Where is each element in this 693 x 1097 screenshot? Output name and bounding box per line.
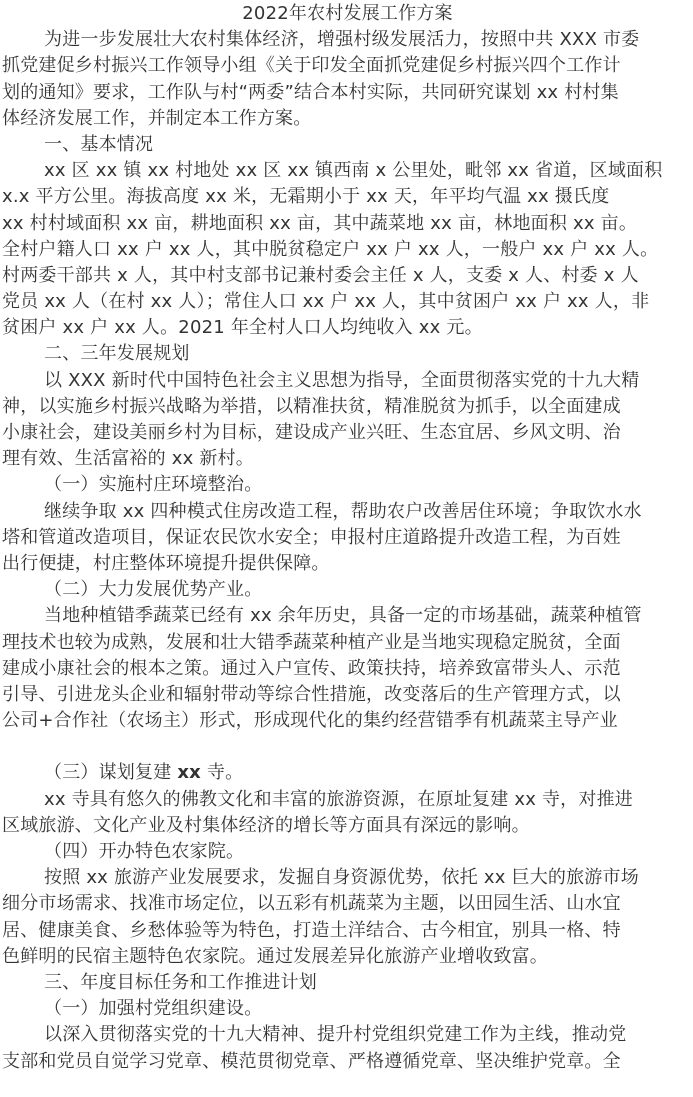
- section-heading-annual-goals: 三、年度目标任务和工作推进计划: [2, 970, 693, 996]
- paragraph-line: 居、健康美食、乡愁体验等为特色，打造土洋结合、古今相宜，别具一格、特: [2, 918, 693, 944]
- paragraph-line: xx 区 xx 镇 xx 村地处 xx 区 xx 镇西南 x 公里处，毗邻 xx…: [2, 158, 693, 184]
- three-year-plan-paragraph: 以 XXX 新时代中国特色社会主义思想为指导，全面贯彻落实党的十九大精 神，以实…: [2, 368, 693, 473]
- paragraph-line: 引导、引进龙头企业和辐射带动等综合性措施，改变落后的生产管理方式，以: [2, 682, 693, 708]
- document-page: 2022年农村发展工作方案 为进一步发展壮大农村集体经济，增强村级发展活力，按照…: [0, 1, 693, 1075]
- paragraph-line: 建成小康社会的根本之策。通过入户宣传、政策扶持，培养致富带头人、示范: [2, 656, 693, 682]
- section-heading-three-year-plan: 二、三年发展规划: [2, 341, 693, 367]
- paragraph-line: 党员 xx 人（在村 xx 人）；常住人口 xx 户 xx 人，其中贫困户 xx…: [2, 289, 693, 315]
- party-building-paragraph: 以深入贯彻落实党的十九大精神、提升村党组织党建工作为主线，推动党 支部和党员自觉…: [2, 1022, 693, 1074]
- industry-paragraph: 当地种植错季蔬菜已经有 xx 余年历史，具备一定的市场基础，蔬菜种植管 理技术也…: [2, 603, 693, 734]
- heading-text: （三）谋划复建: [44, 762, 177, 783]
- paragraph-line: 理有效、生活富裕的 xx 新村。: [2, 446, 693, 472]
- paragraph-line: 色鲜明的民宿主题特色农家院。通过发展差异化旅游产业增收致富。: [2, 944, 693, 970]
- environment-paragraph: 继续争取 xx 四种模式住房改造工程，帮助农户改善居住环境；争取饮水水 塔和管道…: [2, 499, 693, 578]
- paragraph-line: 划的通知》要求，工作队与村“两委”结合本村实际，共同研究谋划 xx 村村集: [2, 80, 693, 106]
- subsection-heading-environment: （一）实施村庄环境整治。: [2, 472, 693, 498]
- paragraph-line: 支部和党员自觉学习党章、模范贯彻党章、严格遵循党章、坚决维护党章。全: [2, 1049, 693, 1075]
- paragraph-line: x.x 平方公里。海拔高度 xx 米，无霜期小于 xx 天，年平均气温 xx 摄…: [2, 184, 693, 210]
- subsection-heading-temple: （三）谋划复建 xx 寺。: [2, 760, 693, 786]
- paragraph-line: 塔和管道改造项目，保证农民饮水安全；申报村庄道路提升改造工程，为百姓: [2, 525, 693, 551]
- paragraph-line: 理技术也较为成熟，发展和壮大错季蔬菜种植产业是当地实现稳定脱贫，全面: [2, 630, 693, 656]
- blank-line: [2, 734, 693, 760]
- paragraph-line: 为进一步发展壮大农村集体经济，增强村级发展活力，按照中共 XXX 市委: [2, 27, 693, 53]
- subsection-heading-farmhouse: （四）开办特色农家院。: [2, 839, 693, 865]
- paragraph-line: 贫困户 xx 户 xx 人。2021 年全村人口人均纯收入 xx 元。: [2, 315, 693, 341]
- paragraph-line: xx 寺具有悠久的佛教文化和丰富的旅游资源，在原址复建 xx 寺，对推进: [2, 787, 693, 813]
- heading-text: 寺。: [201, 762, 243, 783]
- farmhouse-paragraph: 按照 xx 旅游产业发展要求，发掘自身资源优势，依托 xx 巨大的旅游市场 细分…: [2, 865, 693, 970]
- paragraph-line: 全村户籍人口 xx 户 xx 人，其中脱贫稳定户 xx 户 xx 人，一般户 x…: [2, 237, 693, 263]
- paragraph-line: 按照 xx 旅游产业发展要求，发掘自身资源优势，依托 xx 巨大的旅游市场: [2, 865, 693, 891]
- paragraph-line: 出行便捷，村庄整体环境提升提供保障。: [2, 551, 693, 577]
- document-title: 2022年农村发展工作方案: [2, 1, 693, 27]
- basic-info-paragraph: xx 区 xx 镇 xx 村地处 xx 区 xx 镇西南 x 公里处，毗邻 xx…: [2, 158, 693, 341]
- paragraph-line: 体经济发展工作，并制定本工作方案。: [2, 106, 693, 132]
- intro-paragraph: 为进一步发展壮大农村集体经济，增强村级发展活力，按照中共 XXX 市委 抓党建促…: [2, 27, 693, 132]
- subsection-heading-industry: （二）大力发展优势产业。: [2, 577, 693, 603]
- paragraph-line: 以 XXX 新时代中国特色社会主义思想为指导，全面贯彻落实党的十九大精: [2, 368, 693, 394]
- paragraph-line: 公司+合作社（农场主）形式，形成现代化的集约经营错季有机蔬菜主导产业: [2, 708, 693, 734]
- paragraph-line: xx 村村域面积 xx 亩，耕地面积 xx 亩，其中蔬菜地 xx 亩，林地面积 …: [2, 211, 693, 237]
- paragraph-line: 继续争取 xx 四种模式住房改造工程，帮助农户改善居住环境；争取饮水水: [2, 499, 693, 525]
- subsection-heading-party-building: （一）加强村党组织建设。: [2, 996, 693, 1022]
- temple-paragraph: xx 寺具有悠久的佛教文化和丰富的旅游资源，在原址复建 xx 寺，对推进 区域旅…: [2, 787, 693, 839]
- paragraph-line: 细分市场需求、找准市场定位，以五彩有机蔬菜为主题，以田园生活、山水宜: [2, 891, 693, 917]
- heading-bold-text: xx: [177, 762, 201, 783]
- paragraph-line: 神，以实施乡村振兴战略为举措，以精准扶贫，精准脱贫为抓手，以全面建成: [2, 394, 693, 420]
- paragraph-line: 当地种植错季蔬菜已经有 xx 余年历史，具备一定的市场基础，蔬菜种植管: [2, 603, 693, 629]
- paragraph-line: 小康社会，建设美丽乡村为目标，建设成产业兴旺、生态宜居、乡风文明、治: [2, 420, 693, 446]
- paragraph-line: 村两委干部共 x 人，其中村支部书记兼村委会主任 x 人，支委 x 人、村委 x…: [2, 263, 693, 289]
- paragraph-line: 以深入贯彻落实党的十九大精神、提升村党组织党建工作为主线，推动党: [2, 1022, 693, 1048]
- paragraph-line: 区域旅游、文化产业及村集体经济的增长等方面具有深远的影响。: [2, 813, 693, 839]
- section-heading-basic-info: 一、基本情况: [2, 132, 693, 158]
- paragraph-line: 抓党建促乡村振兴工作领导小组《关于印发全面抓党建促乡村振兴四个工作计: [2, 53, 693, 79]
